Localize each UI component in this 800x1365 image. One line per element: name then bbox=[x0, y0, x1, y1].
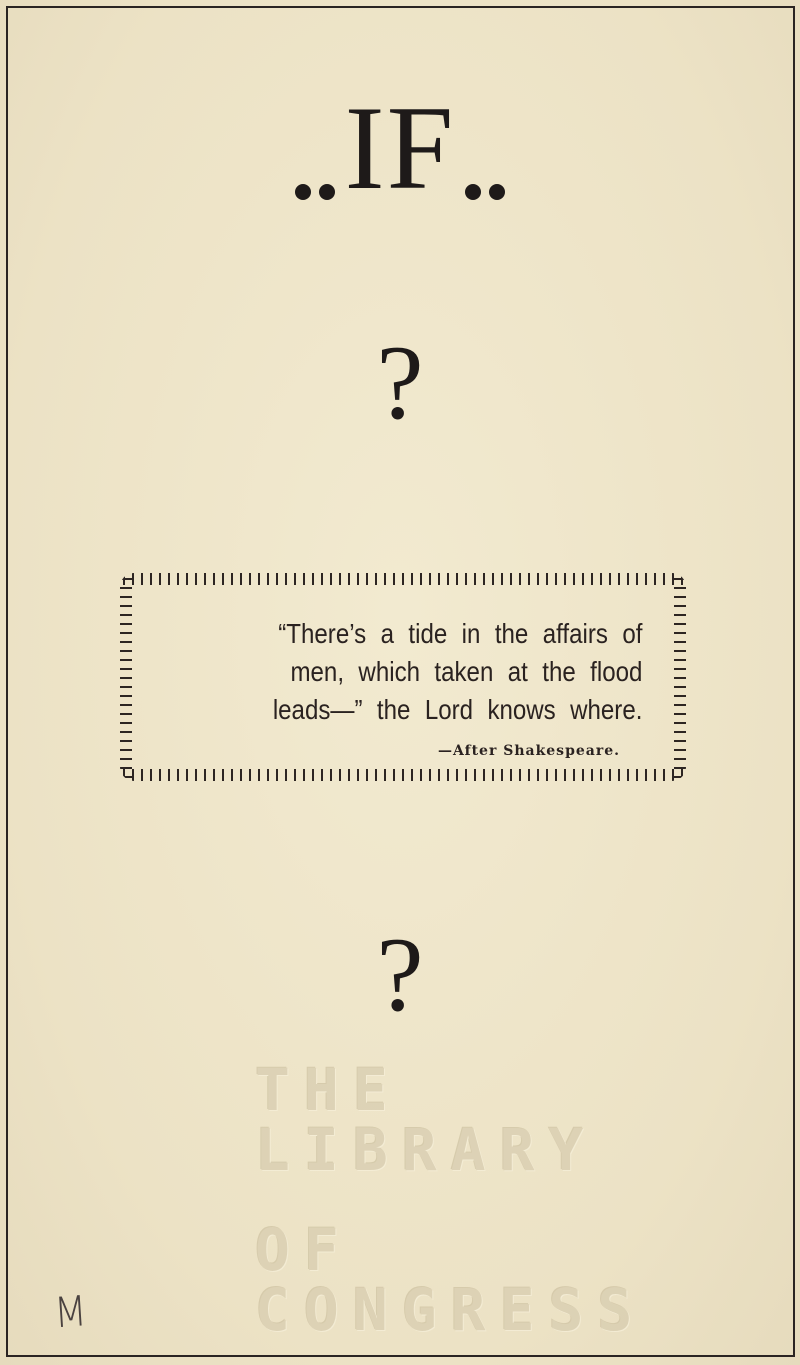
quote-attribution: —After Shakespeare. bbox=[438, 743, 620, 759]
quote-panel: “There’s a tide in the affairs of men, w… bbox=[132, 585, 674, 769]
title-ornament-left bbox=[295, 184, 335, 200]
stamp-line-1: THE LIBRARY bbox=[255, 1060, 705, 1180]
dot-icon bbox=[295, 184, 311, 200]
title-text: IF bbox=[345, 88, 456, 208]
dot-icon bbox=[489, 184, 505, 200]
dot-icon bbox=[465, 184, 481, 200]
quote-text: “There’s a tide in the affairs of men, w… bbox=[178, 615, 642, 729]
quote-line-1: “There’s a tide in the affairs of bbox=[178, 615, 642, 653]
library-of-congress-perforated-stamp: THE LIBRARY OF CONGRESS bbox=[255, 1060, 705, 1340]
stamp-line-2: OF CONGRESS bbox=[255, 1220, 705, 1340]
page-title: IF bbox=[0, 88, 800, 208]
quote-ornamental-border: “There’s a tide in the affairs of men, w… bbox=[120, 573, 686, 781]
quote-line-2: men, which taken at the flood bbox=[178, 653, 642, 691]
quote-line-3: leads—” the Lord knows where. bbox=[178, 691, 642, 729]
handwritten-initial: M bbox=[53, 1287, 89, 1338]
question-mark-bottom: ? bbox=[0, 922, 800, 1028]
book-page: IF ? “There’s a tide in the affairs of m… bbox=[0, 0, 800, 1365]
dot-icon bbox=[319, 184, 335, 200]
question-mark-top: ? bbox=[0, 330, 800, 436]
title-ornament-right bbox=[465, 184, 505, 200]
